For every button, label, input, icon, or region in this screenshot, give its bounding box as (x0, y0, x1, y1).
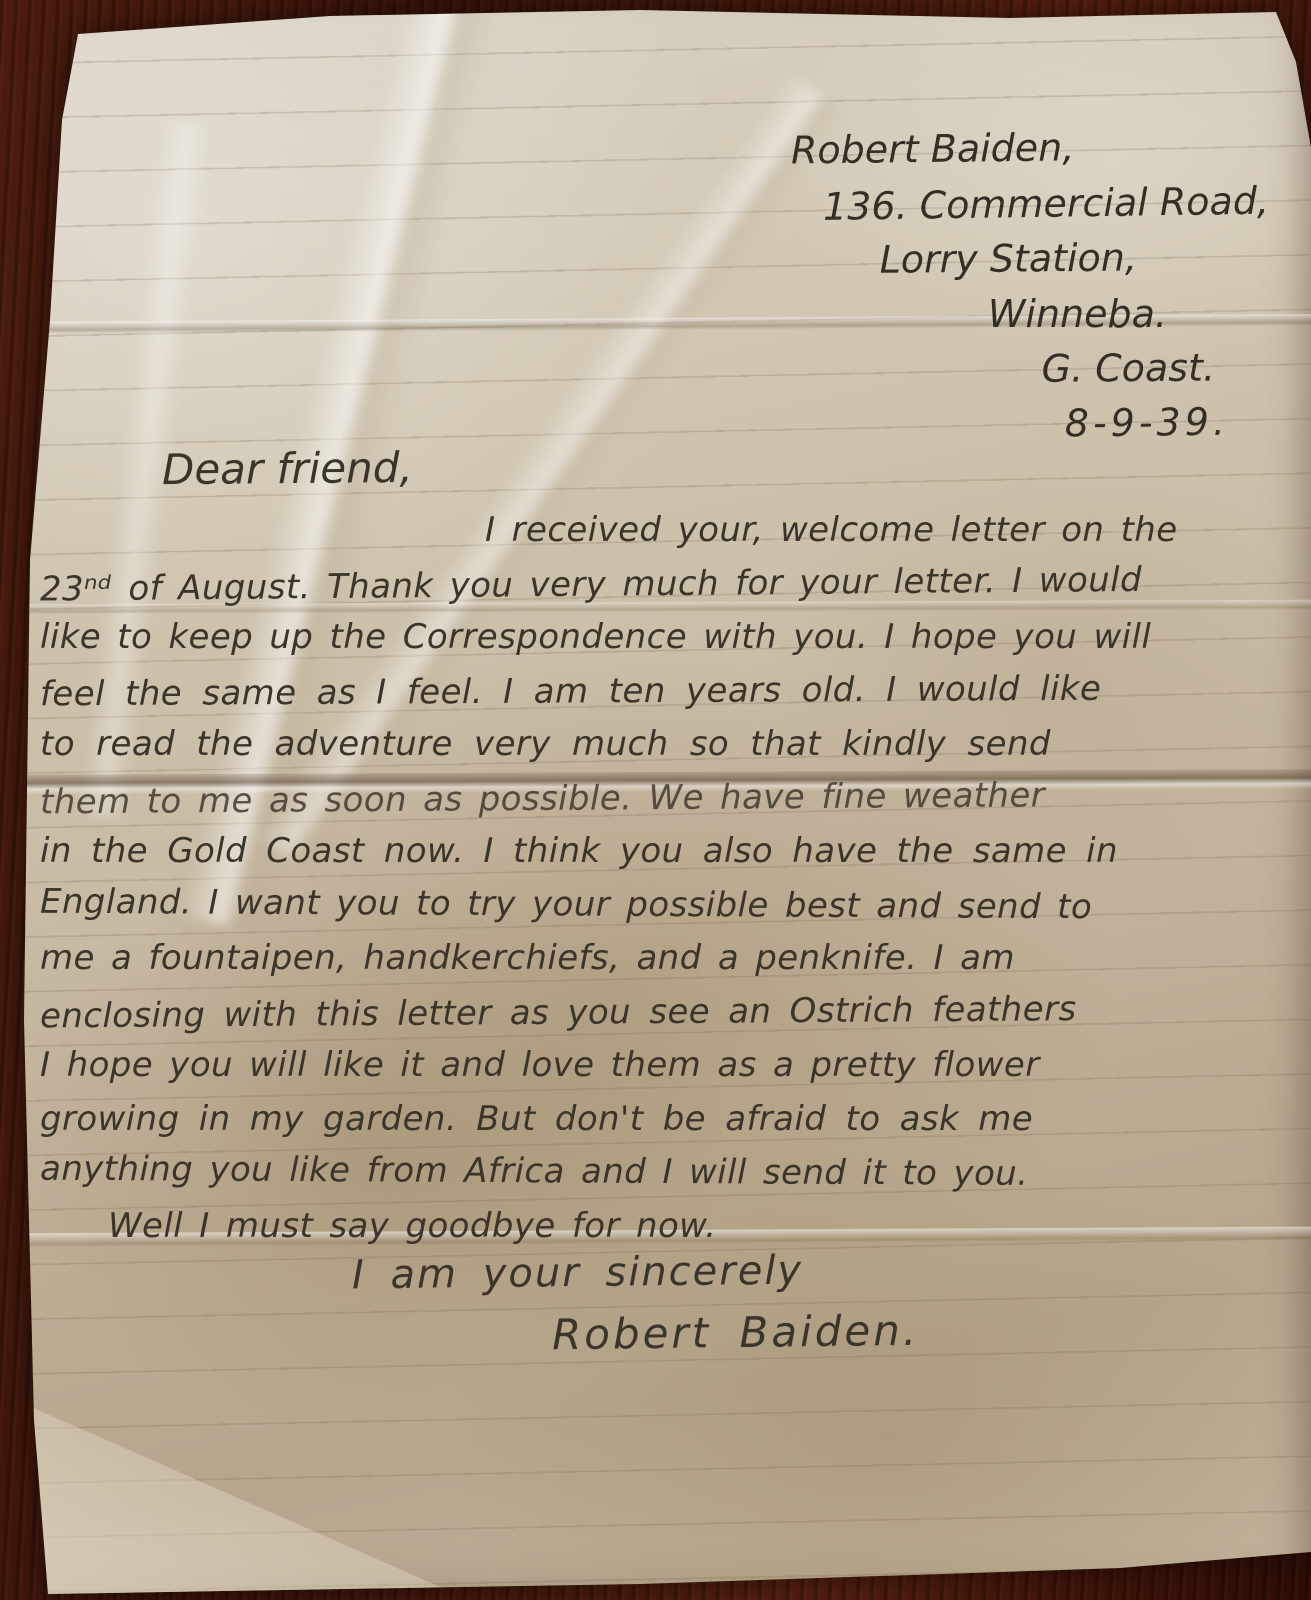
handwritten-line: growing in my garden. But don't be afrai… (40, 1093, 1302, 1147)
salutation: Dear friend, (162, 443, 413, 494)
handwritten-line: Well I must say goodbye for now. (108, 1200, 1302, 1254)
handwritten-line: 23ⁿᵈ of August. Thank you very much for … (40, 552, 1302, 617)
sender-address-block: Robert Baiden, 136. Commercial Road, Lor… (791, 122, 1271, 452)
handwritten-line: I hope you will like it and love them as… (40, 1039, 1302, 1093)
handwritten-line: me a fountaipen, handkerchiefs, and a pe… (40, 932, 1302, 986)
letter-date: 8-9-39. (791, 395, 1230, 455)
address-line: 136. Commercial Road, (791, 174, 1270, 236)
handwritten-line: enclosing with this letter as you see an… (40, 981, 1302, 1043)
letter-body: I received your, welcome letter on the 2… (40, 504, 1302, 1253)
handwritten-line: feel the same as I feel. I am ten years … (40, 661, 1302, 721)
signature: Robert Baiden. (552, 1306, 920, 1359)
handwritten-line: in the Gold Coast now. I think you also … (40, 825, 1302, 879)
handwritten-line: England. I want you to try your possible… (40, 875, 1302, 935)
handwritten-line: I received your, welcome letter on the (485, 504, 1302, 558)
handwritten-line: like to keep up the Correspondence with … (40, 611, 1302, 665)
letter-paper: Robert Baiden, 136. Commercial Road, Lor… (0, 0, 1311, 1600)
photo-of-letter-on-wood-table: Robert Baiden, 136. Commercial Road, Lor… (0, 0, 1311, 1600)
address-line: Lorry Station, (791, 230, 1137, 288)
handwritten-line: anything you like from Africa and I will… (40, 1143, 1302, 1203)
handwritten-line: to read the adventure very much so that … (40, 718, 1302, 772)
handwritten-line: them to me as soon as possible. We have … (40, 767, 1302, 829)
valediction: I am your sincerely (352, 1248, 804, 1299)
sender-name: Robert Baiden, (791, 121, 1054, 179)
address-line: Winneba. (791, 287, 1167, 342)
address-line: G. Coast. (791, 341, 1215, 399)
paper-shadow-wrap: Robert Baiden, 136. Commercial Road, Lor… (0, 0, 1311, 1600)
